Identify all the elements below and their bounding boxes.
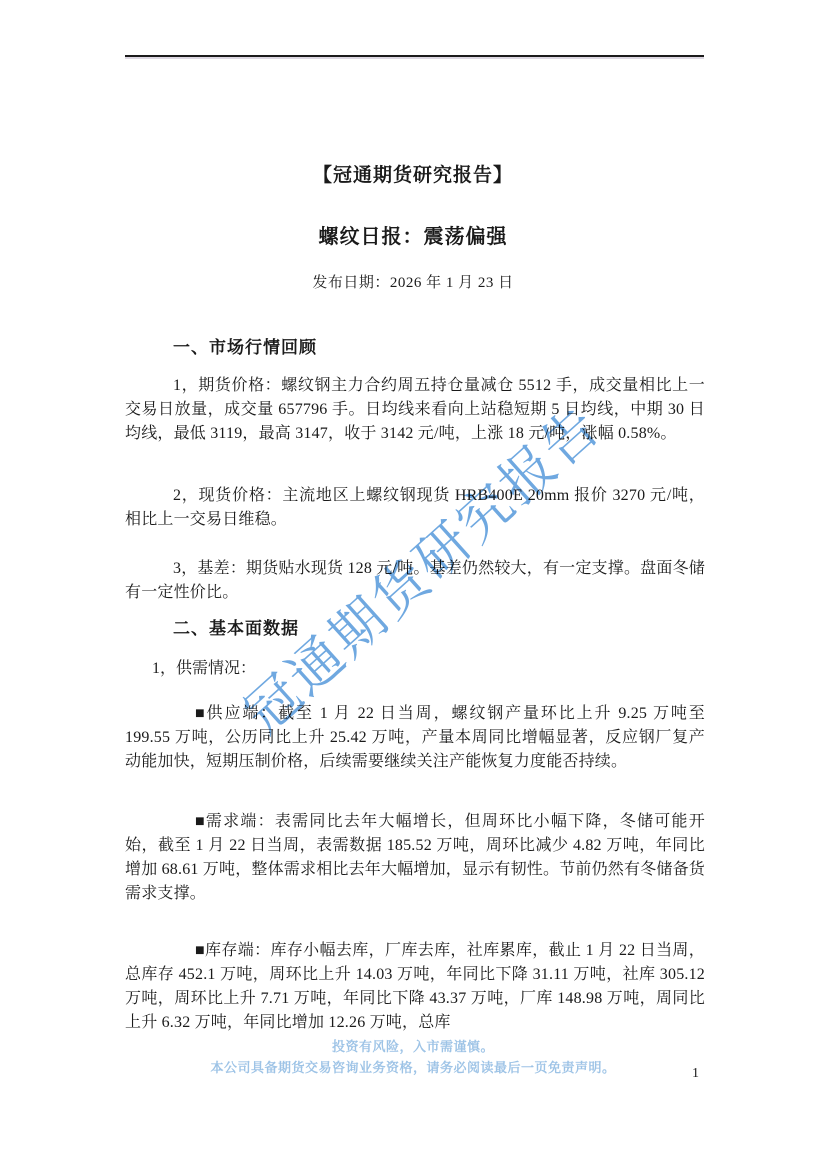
section-heading-market-review: 一、市场行情回顾 (173, 333, 317, 358)
paragraph-demand-side: ■需求端：表需同比去年大幅增长，但周环比小幅下降，冬储可能开始，截至 1 月 2… (125, 810, 705, 906)
report-page: 冠通期货研究报告 【冠通期货研究报告】 螺纹日报：震荡偏强 发布日期：2026 … (0, 0, 826, 1169)
header-rule (125, 55, 704, 57)
page-number: 1 (692, 1066, 699, 1082)
paragraph-basis: 3，基差：期货贴水现货 128 元/吨。基差仍然较大，有一定支撑。盘面冬储有一定… (125, 557, 705, 605)
paragraph-inventory-side: ■库存端：库存小幅去库，厂库去库，社库累库，截止 1 月 22 日当周，总库存 … (125, 939, 705, 1035)
paragraph-spot-price: 2，现货价格：主流地区上螺纹钢现货 HRB400E 20mm 报价 3270 元… (125, 484, 705, 532)
page-footer: 投资有风险，入市需谨慎。 本公司具备期货交易咨询业务资格，请务必阅读最后一页免责… (0, 1036, 826, 1078)
footer-risk-warning: 投资有风险，入市需谨慎。 (0, 1036, 826, 1057)
report-subtitle: 螺纹日报：震荡偏强 (0, 220, 826, 249)
section-heading-fundamentals: 二、基本面数据 (173, 614, 299, 639)
publish-date: 发布日期：2026 年 1 月 23 日 (0, 271, 826, 292)
label-supply-demand: 1，供需情况： (152, 655, 256, 678)
footer-disclaimer: 本公司具备期货交易咨询业务资格，请务必阅读最后一页免责声明。 (0, 1057, 826, 1078)
paragraph-supply-side: ■供应端：截至 1 月 22 日当周，螺纹钢产量环比上升 9.25 万吨至 19… (125, 702, 705, 774)
report-title: 【冠通期货研究报告】 (0, 160, 826, 187)
paragraph-futures-price: 1，期货价格：螺纹钢主力合约周五持仓量减仓 5512 手，成交量相比上一交易日放… (125, 374, 705, 446)
